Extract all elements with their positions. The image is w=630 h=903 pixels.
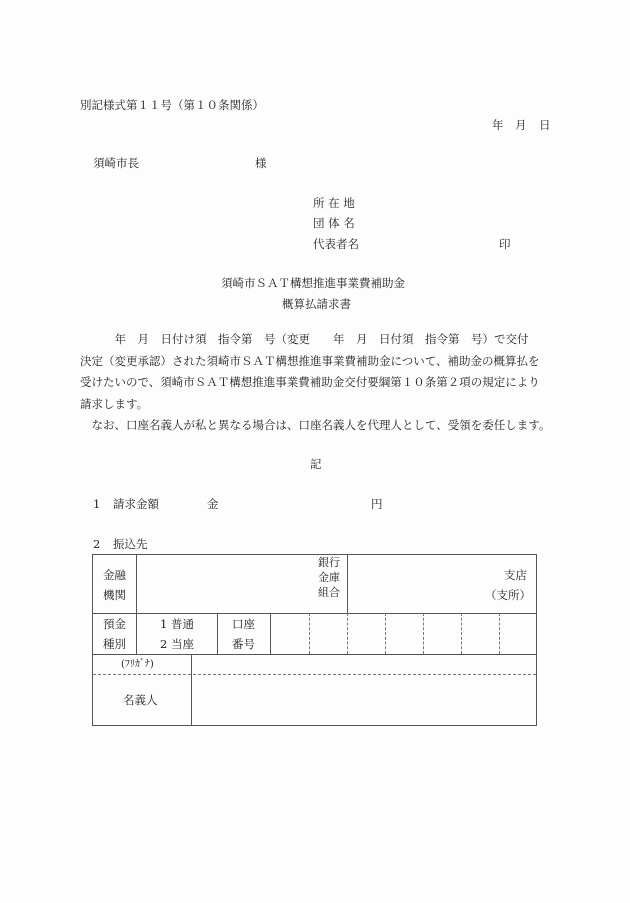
- body-line: なお、口座名義人が私と異なる場合は、口座名義人を代理人として、受領を委任します。: [80, 415, 552, 437]
- item1-kin: 金: [207, 497, 219, 511]
- date-day: 日: [539, 118, 551, 132]
- date-month: 月: [515, 118, 527, 132]
- bank-type-options: 銀行 金庫 組合: [318, 555, 340, 600]
- branch-name-field[interactable]: [348, 555, 488, 613]
- account-holder-field[interactable]: [192, 675, 536, 726]
- branch-label: 支店: [491, 565, 527, 585]
- institution-label: 金融 機関: [103, 565, 126, 605]
- account-holder-label: 名義人: [123, 690, 158, 710]
- item1-number: 1: [93, 497, 100, 511]
- item1-label: 請求金額: [113, 497, 159, 511]
- form-number: 別記様式第１１号（第１０条関係）: [80, 98, 264, 112]
- furigana-field[interactable]: [192, 655, 536, 674]
- item2-label: 振込先: [113, 537, 148, 551]
- addressee-honorific: 様: [255, 156, 267, 170]
- address-label: 所 在 地: [313, 196, 355, 210]
- date-year: 年: [492, 118, 504, 132]
- transfer-table: 金融 機関 銀行 金庫 組合 支店 （支所） 預金 種別 1 普通 2 当座 口…: [92, 554, 537, 726]
- institution-name-field[interactable]: [137, 555, 307, 613]
- item1-yen: 円: [371, 497, 383, 511]
- account-number-label: 口座 番号: [232, 614, 255, 654]
- group-name-label: 団 体 名: [313, 216, 355, 230]
- body-line: 年 月 日付け須 指令第 号（変更 年 月 日付須 指令第 号）で交付: [80, 329, 552, 351]
- body-line: 受けたいので、須崎市ＳＡＴ構想推進事業費補助金交付要綱第１０条第２項の規定により: [80, 372, 552, 394]
- item2-number: 2: [93, 537, 100, 551]
- furigana-label: (ﾌﾘｶﾞﾅ): [121, 655, 154, 675]
- seal-mark: 印: [499, 237, 511, 251]
- representative-label: 代表者名: [313, 237, 359, 251]
- body-text: 年 月 日付け須 指令第 号（変更 年 月 日付須 指令第 号）で交付 決定（変…: [80, 329, 552, 437]
- addressee-name: 須崎市長: [93, 156, 139, 170]
- account-number-field[interactable]: [271, 614, 536, 654]
- title-line1: 須崎市ＳＡＴ構想推進事業費補助金: [221, 276, 405, 290]
- title-line2: 概算払請求書: [282, 297, 351, 311]
- ki-heading: 記: [310, 457, 322, 471]
- deposit-type-options[interactable]: 1 普通 2 当座: [160, 614, 194, 654]
- body-line: 決定（変更承認）された須崎市ＳＡＴ構想推進事業費補助金について、補助金の概算払を: [80, 351, 552, 373]
- deposit-type-label: 預金 種別: [103, 614, 126, 654]
- branch-alt-label: （支所）: [485, 585, 531, 605]
- body-line: 請求します。: [80, 394, 552, 416]
